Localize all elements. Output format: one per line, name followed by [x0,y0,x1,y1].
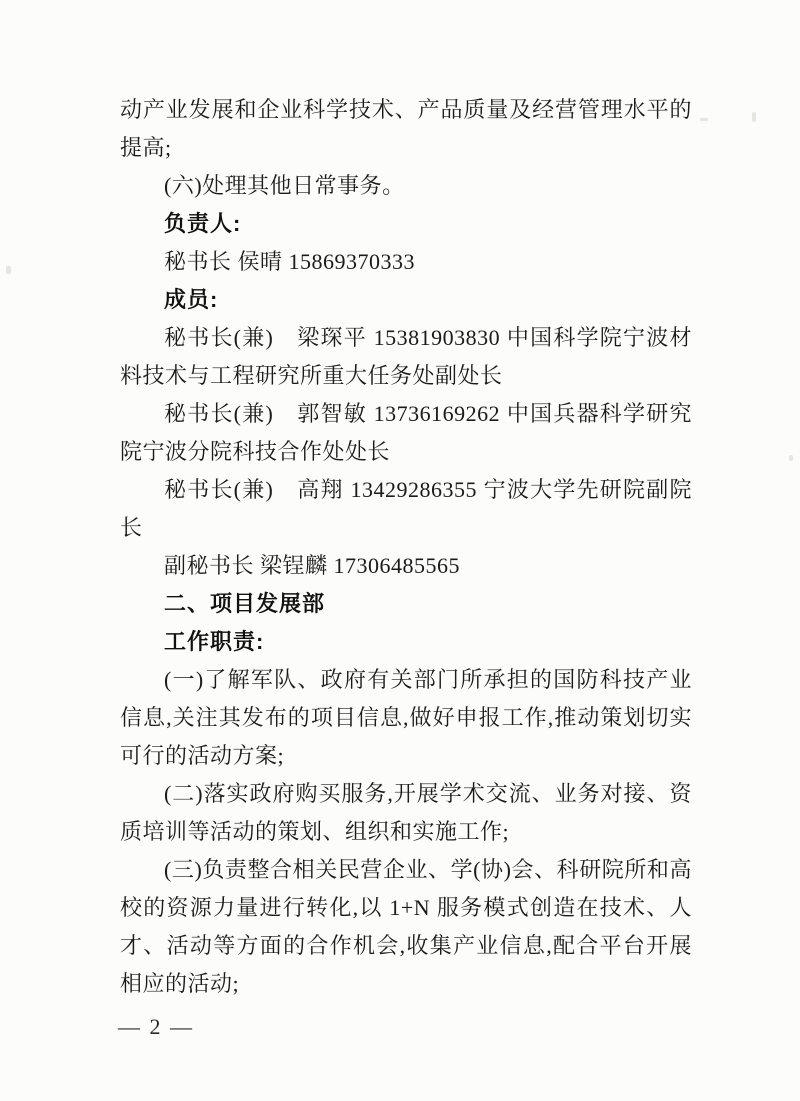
body-paragraph: 秘书长 侯晴 15869370333 [120,243,692,281]
scan-artifact [752,112,756,122]
heading-paragraph: 成员: [120,281,692,319]
body-paragraph: (一)了解军队、政府有关部门所承担的国防科技产业信息,关注其发布的项目信息,做好… [120,661,692,775]
body-paragraph: 秘书长(兼) 梁琛平 15381903830 中国科学院宁波材料技术与工程研究所… [120,319,692,395]
body-paragraph: (六)处理其他日常事务。 [120,167,692,205]
body-paragraph: (三)负责整合相关民营企业、学(协)会、科研院所和高校的资源力量进行转化,以 1… [120,851,692,1003]
scan-artifact [700,118,708,121]
body-paragraph: 秘书长(兼) 高翔 13429286355 宁波大学先研院副院长 [120,471,692,547]
scan-artifact [789,455,793,461]
body-paragraph: 秘书长(兼) 郭智敏 13736169262 中国兵器科学研究院宁波分院科技合作… [120,395,692,471]
document-body: 动产业发展和企业科学技术、产品质量及经营管理水平的提高;(六)处理其他日常事务。… [120,91,692,1003]
page-number: — 2 — [118,1012,194,1042]
body-paragraph: (二)落实政府购买服务,开展学术交流、业务对接、资质培训等活动的策划、组织和实施… [120,775,692,851]
document-page: 动产业发展和企业科学技术、产品质量及经营管理水平的提高;(六)处理其他日常事务。… [0,0,800,1101]
scan-artifact [6,266,11,274]
body-paragraph: 动产业发展和企业科学技术、产品质量及经营管理水平的提高; [120,91,692,167]
body-paragraph: 副秘书长 梁锃麟 17306485565 [120,547,692,585]
heading-paragraph: 负责人: [120,205,692,243]
heading-paragraph: 二、项目发展部 [120,585,692,623]
heading-paragraph: 工作职责: [120,623,692,661]
